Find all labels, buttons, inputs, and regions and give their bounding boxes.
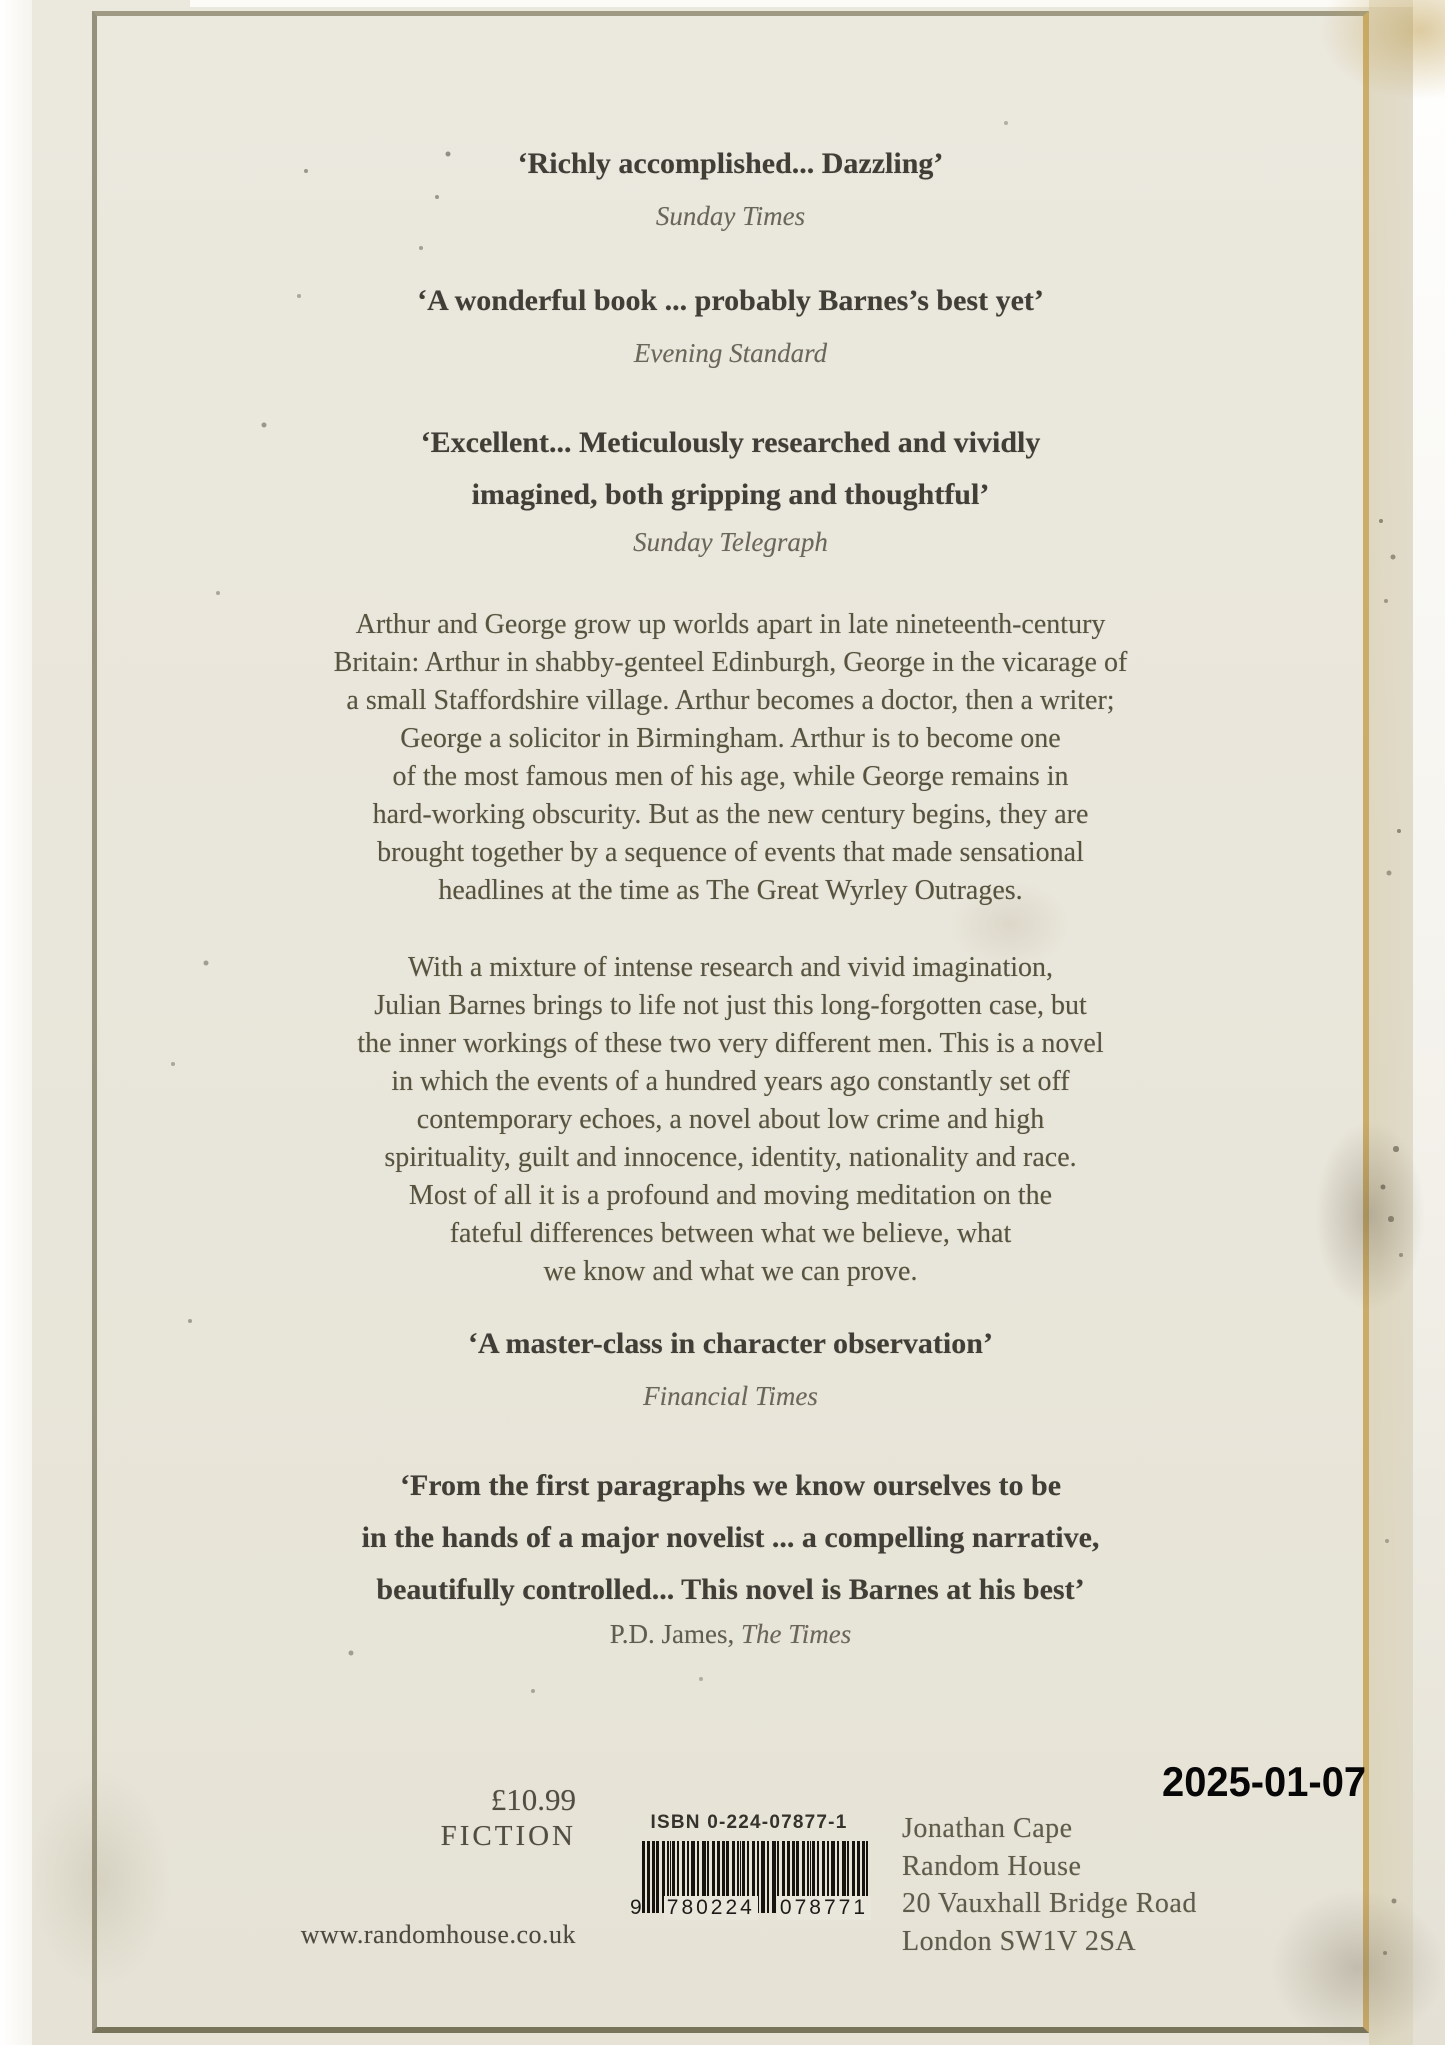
quote-source-4: Financial Times (97, 1381, 1364, 1412)
synopsis-line: fateful differences between what we beli… (97, 1215, 1364, 1253)
book-back-cover-photo: ‘Richly accomplished... Dazzling’ Sunday… (0, 0, 1445, 2045)
quote-source-3: Sunday Telegraph (97, 527, 1364, 558)
synopsis-line: of the most famous men of his age, while… (97, 758, 1364, 796)
synopsis-line: Britain: Arthur in shabby-genteel Edinbu… (97, 644, 1364, 682)
synopsis-line: hard-working obscurity. But as the new c… (97, 796, 1364, 834)
synopsis-line: George a solicitor in Birmingham. Arthur… (97, 720, 1364, 758)
review-quote-3: ‘Excellent... Meticulously researched an… (97, 417, 1364, 521)
synopsis-line: With a mixture of intense research and v… (97, 949, 1364, 987)
paper-speckles (0, 0, 2, 2)
barcode-digits: 9 780224 078771 (626, 1896, 872, 1920)
quote-line: in the hands of a major novelist ... a c… (97, 1512, 1364, 1564)
synopsis-line: brought together by a sequence of events… (97, 834, 1364, 872)
barcode: ISBN 0-224-07877-1 9 780224 078771 (626, 1812, 872, 1920)
page-edge-left (0, 0, 32, 2045)
publisher-line: Jonathan Cape (902, 1810, 1242, 1848)
synopsis-line: we know and what we can prove. (97, 1253, 1364, 1291)
quote-source-reviewer: P.D. James, (610, 1619, 735, 1649)
quote-source-1: Sunday Times (97, 201, 1364, 232)
price: £10.99 (230, 1782, 576, 1818)
review-quote-4: ‘A master-class in character observation… (97, 1326, 1364, 1362)
synopsis-paragraph-1: Arthur and George grow up worlds apart i… (97, 606, 1364, 910)
website-url: www.randomhouse.co.uk (198, 1920, 576, 1950)
quote-line: beautifully controlled... This novel is … (97, 1564, 1364, 1616)
synopsis-line: spirituality, guilt and innocence, ident… (97, 1139, 1364, 1177)
quote-source-publication: The Times (741, 1619, 851, 1649)
publisher-line: 20 Vauxhall Bridge Road (902, 1885, 1242, 1923)
review-quote-2: ‘A wonderful book ... probably Barnes’s … (97, 283, 1364, 319)
synopsis-paragraph-2: With a mixture of intense research and v… (97, 949, 1364, 1291)
synopsis-line: the inner workings of these two very dif… (97, 1025, 1364, 1063)
synopsis-line: in which the events of a hundred years a… (97, 1063, 1364, 1101)
quote-line: ‘From the first paragraphs we know ourse… (97, 1460, 1364, 1512)
quote-line: ‘A master-class in character observation… (97, 1326, 1364, 1362)
quote-line: ‘A wonderful book ... probably Barnes’s … (97, 283, 1364, 319)
quote-line: ‘Excellent... Meticulously researched an… (97, 417, 1364, 469)
barcode-digit-group: 078771 (777, 1896, 871, 1920)
synopsis-line: Julian Barnes brings to life not just th… (97, 987, 1364, 1025)
barcode-digit: 9 (627, 1896, 645, 1920)
synopsis-line: a small Staffordshire village. Arthur be… (97, 682, 1364, 720)
quote-source-2: Evening Standard (97, 338, 1364, 369)
synopsis-line: contemporary echoes, a novel about low c… (97, 1101, 1364, 1139)
barcode-digit-group: 780224 (664, 1896, 758, 1920)
review-quote-5: ‘From the first paragraphs we know ourse… (97, 1460, 1364, 1616)
publisher-line: London SW1V 2SA (902, 1923, 1242, 1961)
publisher-line: Random House (902, 1848, 1242, 1886)
isbn-label: ISBN 0-224-07877-1 (626, 1812, 872, 1834)
publisher-address: Jonathan Cape Random House 20 Vauxhall B… (902, 1810, 1242, 1960)
category-label: FICTION (230, 1820, 576, 1853)
date-stamp: 2025-01-07 (1162, 1758, 1409, 1806)
quote-source-5: P.D. James, The Times (97, 1619, 1364, 1650)
page-edge-top (190, 0, 1413, 7)
synopsis-line: headlines at the time as The Great Wyrle… (97, 872, 1364, 910)
quote-line: imagined, both gripping and thoughtful’ (97, 469, 1364, 521)
synopsis-line: Arthur and George grow up worlds apart i… (97, 606, 1364, 644)
review-quote-1: ‘Richly accomplished... Dazzling’ (97, 146, 1364, 182)
page-edge-right (1413, 0, 1445, 2045)
quote-line: ‘Richly accomplished... Dazzling’ (97, 146, 1364, 182)
synopsis-line: Most of all it is a profound and moving … (97, 1177, 1364, 1215)
